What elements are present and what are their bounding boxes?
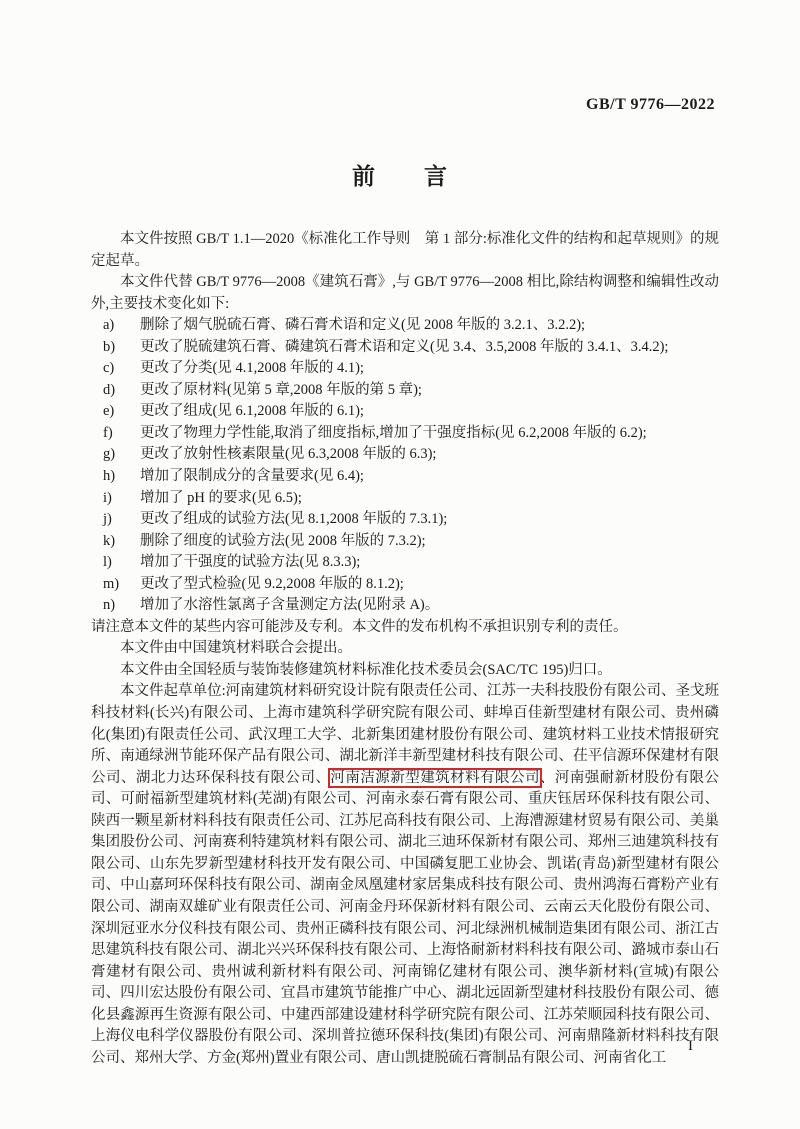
changes-list: a)删除了烟气脱硫石膏、磷石膏术语和定义(见 2008 年版的 3.2.1、3.… — [91, 315, 719, 617]
change-text: 增加了干强度的试验方法(见 8.3.3); — [140, 554, 360, 570]
change-marker: n) — [103, 595, 115, 617]
change-marker: f) — [103, 423, 113, 445]
change-marker: b) — [103, 337, 115, 359]
drafting-orgs-after: 、河南强耐新材股份有限公司、可耐福新型建筑材料(芜湖)有限公司、河南永泰石膏有限… — [91, 770, 719, 1066]
change-item: j)更改了组成的试验方法(见 8.1,2008 年版的 7.3.1); — [91, 509, 719, 531]
standard-code: GB/T 9776—2022 — [586, 96, 715, 114]
change-text: 更改了放射性核素限量(见 6.3,2008 年版的 6.3); — [140, 446, 436, 462]
change-text: 增加了水溶性氯离子含量测定方法(见附录 A)。 — [140, 597, 439, 613]
change-text: 更改了型式检验(见 9.2,2008 年版的 8.1.2); — [140, 576, 404, 592]
change-item: n)增加了水溶性氯离子含量测定方法(见附录 A)。 — [91, 595, 719, 617]
change-item: d)更改了原材料(见第 5 章,2008 年版的第 5 章); — [91, 380, 719, 402]
foreword-title: 前 言 — [0, 158, 800, 191]
change-text: 更改了物理力学性能,取消了细度指标,增加了干强度指标(见 6.2,2008 年版… — [140, 425, 647, 441]
change-item: l)增加了干强度的试验方法(见 8.3.3); — [91, 552, 719, 574]
change-item: c)更改了分类(见 4.1,2008 年版的 4.1); — [91, 358, 719, 380]
change-item: b)更改了脱硫建筑石膏、磷建筑石膏术语和定义(见 3.4、3.5,2008 年版… — [91, 337, 719, 359]
change-text: 增加了 pH 的要求(见 6.5); — [140, 490, 302, 506]
document-page: GB/T 9776—2022 前 言 本文件按照 GB/T 1.1—2020《标… — [0, 0, 800, 1129]
change-item: k)删除了细度的试验方法(见 2008 年版的 7.3.2); — [91, 531, 719, 553]
highlighted-company-red-box: 河南洁源新型建筑材料有限公司 — [330, 770, 540, 786]
change-item: m)更改了型式检验(见 9.2,2008 年版的 8.1.2); — [91, 574, 719, 596]
change-item: f)更改了物理力学性能,取消了细度指标,增加了干强度指标(见 6.2,2008 … — [91, 423, 719, 445]
paragraph-patent-note: 请注意本文件的某些内容可能涉及专利。本文件的发布机构不承担识别专利的责任。 — [91, 617, 719, 639]
change-text: 增加了限制成分的含量要求(见 6.4); — [140, 468, 364, 484]
change-text: 删除了细度的试验方法(见 2008 年版的 7.3.2); — [140, 533, 426, 549]
change-marker: k) — [103, 531, 115, 553]
paragraph-committee: 本文件由全国轻质与装饰装修建筑材料标准化技术委员会(SAC/TC 195)归口。 — [91, 660, 719, 682]
change-marker: j) — [103, 509, 112, 531]
change-item: a)删除了烟气脱硫石膏、磷石膏术语和定义(见 2008 年版的 3.2.1、3.… — [91, 315, 719, 337]
change-text: 更改了分类(见 4.1,2008 年版的 4.1); — [140, 360, 364, 376]
change-item: e)更改了组成(见 6.1,2008 年版的 6.1); — [91, 401, 719, 423]
paragraph-proposed-by: 本文件由中国建筑材料联合会提出。 — [91, 638, 719, 660]
change-marker: e) — [103, 401, 114, 423]
paragraph-drafting-rules: 本文件按照 GB/T 1.1—2020《标准化工作导则 第 1 部分:标准化文件… — [91, 229, 719, 272]
paragraph-drafting-organizations: 本文件起草单位:河南建筑材料研究设计院有限责任公司、江苏一夫科技股份有限公司、圣… — [91, 681, 719, 1069]
change-text: 更改了组成(见 6.1,2008 年版的 6.1); — [140, 403, 364, 419]
change-text: 更改了原材料(见第 5 章,2008 年版的第 5 章); — [140, 382, 422, 398]
page-number: I — [688, 1038, 693, 1055]
paragraph-replacement: 本文件代替 GB/T 9776—2008《建筑石膏》,与 GB/T 9776—2… — [91, 272, 719, 315]
change-item: i)增加了 pH 的要求(见 6.5); — [91, 488, 719, 510]
change-marker: g) — [103, 444, 115, 466]
change-marker: l) — [103, 552, 112, 574]
change-item: h)增加了限制成分的含量要求(见 6.4); — [91, 466, 719, 488]
foreword-body: 本文件按照 GB/T 1.1—2020《标准化工作导则 第 1 部分:标准化文件… — [91, 229, 719, 1069]
change-item: g)更改了放射性核素限量(见 6.3,2008 年版的 6.3); — [91, 444, 719, 466]
change-marker: c) — [103, 358, 114, 380]
change-marker: a) — [103, 315, 114, 337]
change-text: 更改了组成的试验方法(见 8.1,2008 年版的 7.3.1); — [140, 511, 447, 527]
change-marker: m) — [103, 574, 119, 596]
change-marker: d) — [103, 380, 115, 402]
change-text: 删除了烟气脱硫石膏、磷石膏术语和定义(见 2008 年版的 3.2.1、3.2.… — [140, 317, 585, 333]
change-marker: h) — [103, 466, 115, 488]
change-marker: i) — [103, 488, 112, 510]
change-text: 更改了脱硫建筑石膏、磷建筑石膏术语和定义(见 3.4、3.5,2008 年版的 … — [140, 339, 668, 355]
